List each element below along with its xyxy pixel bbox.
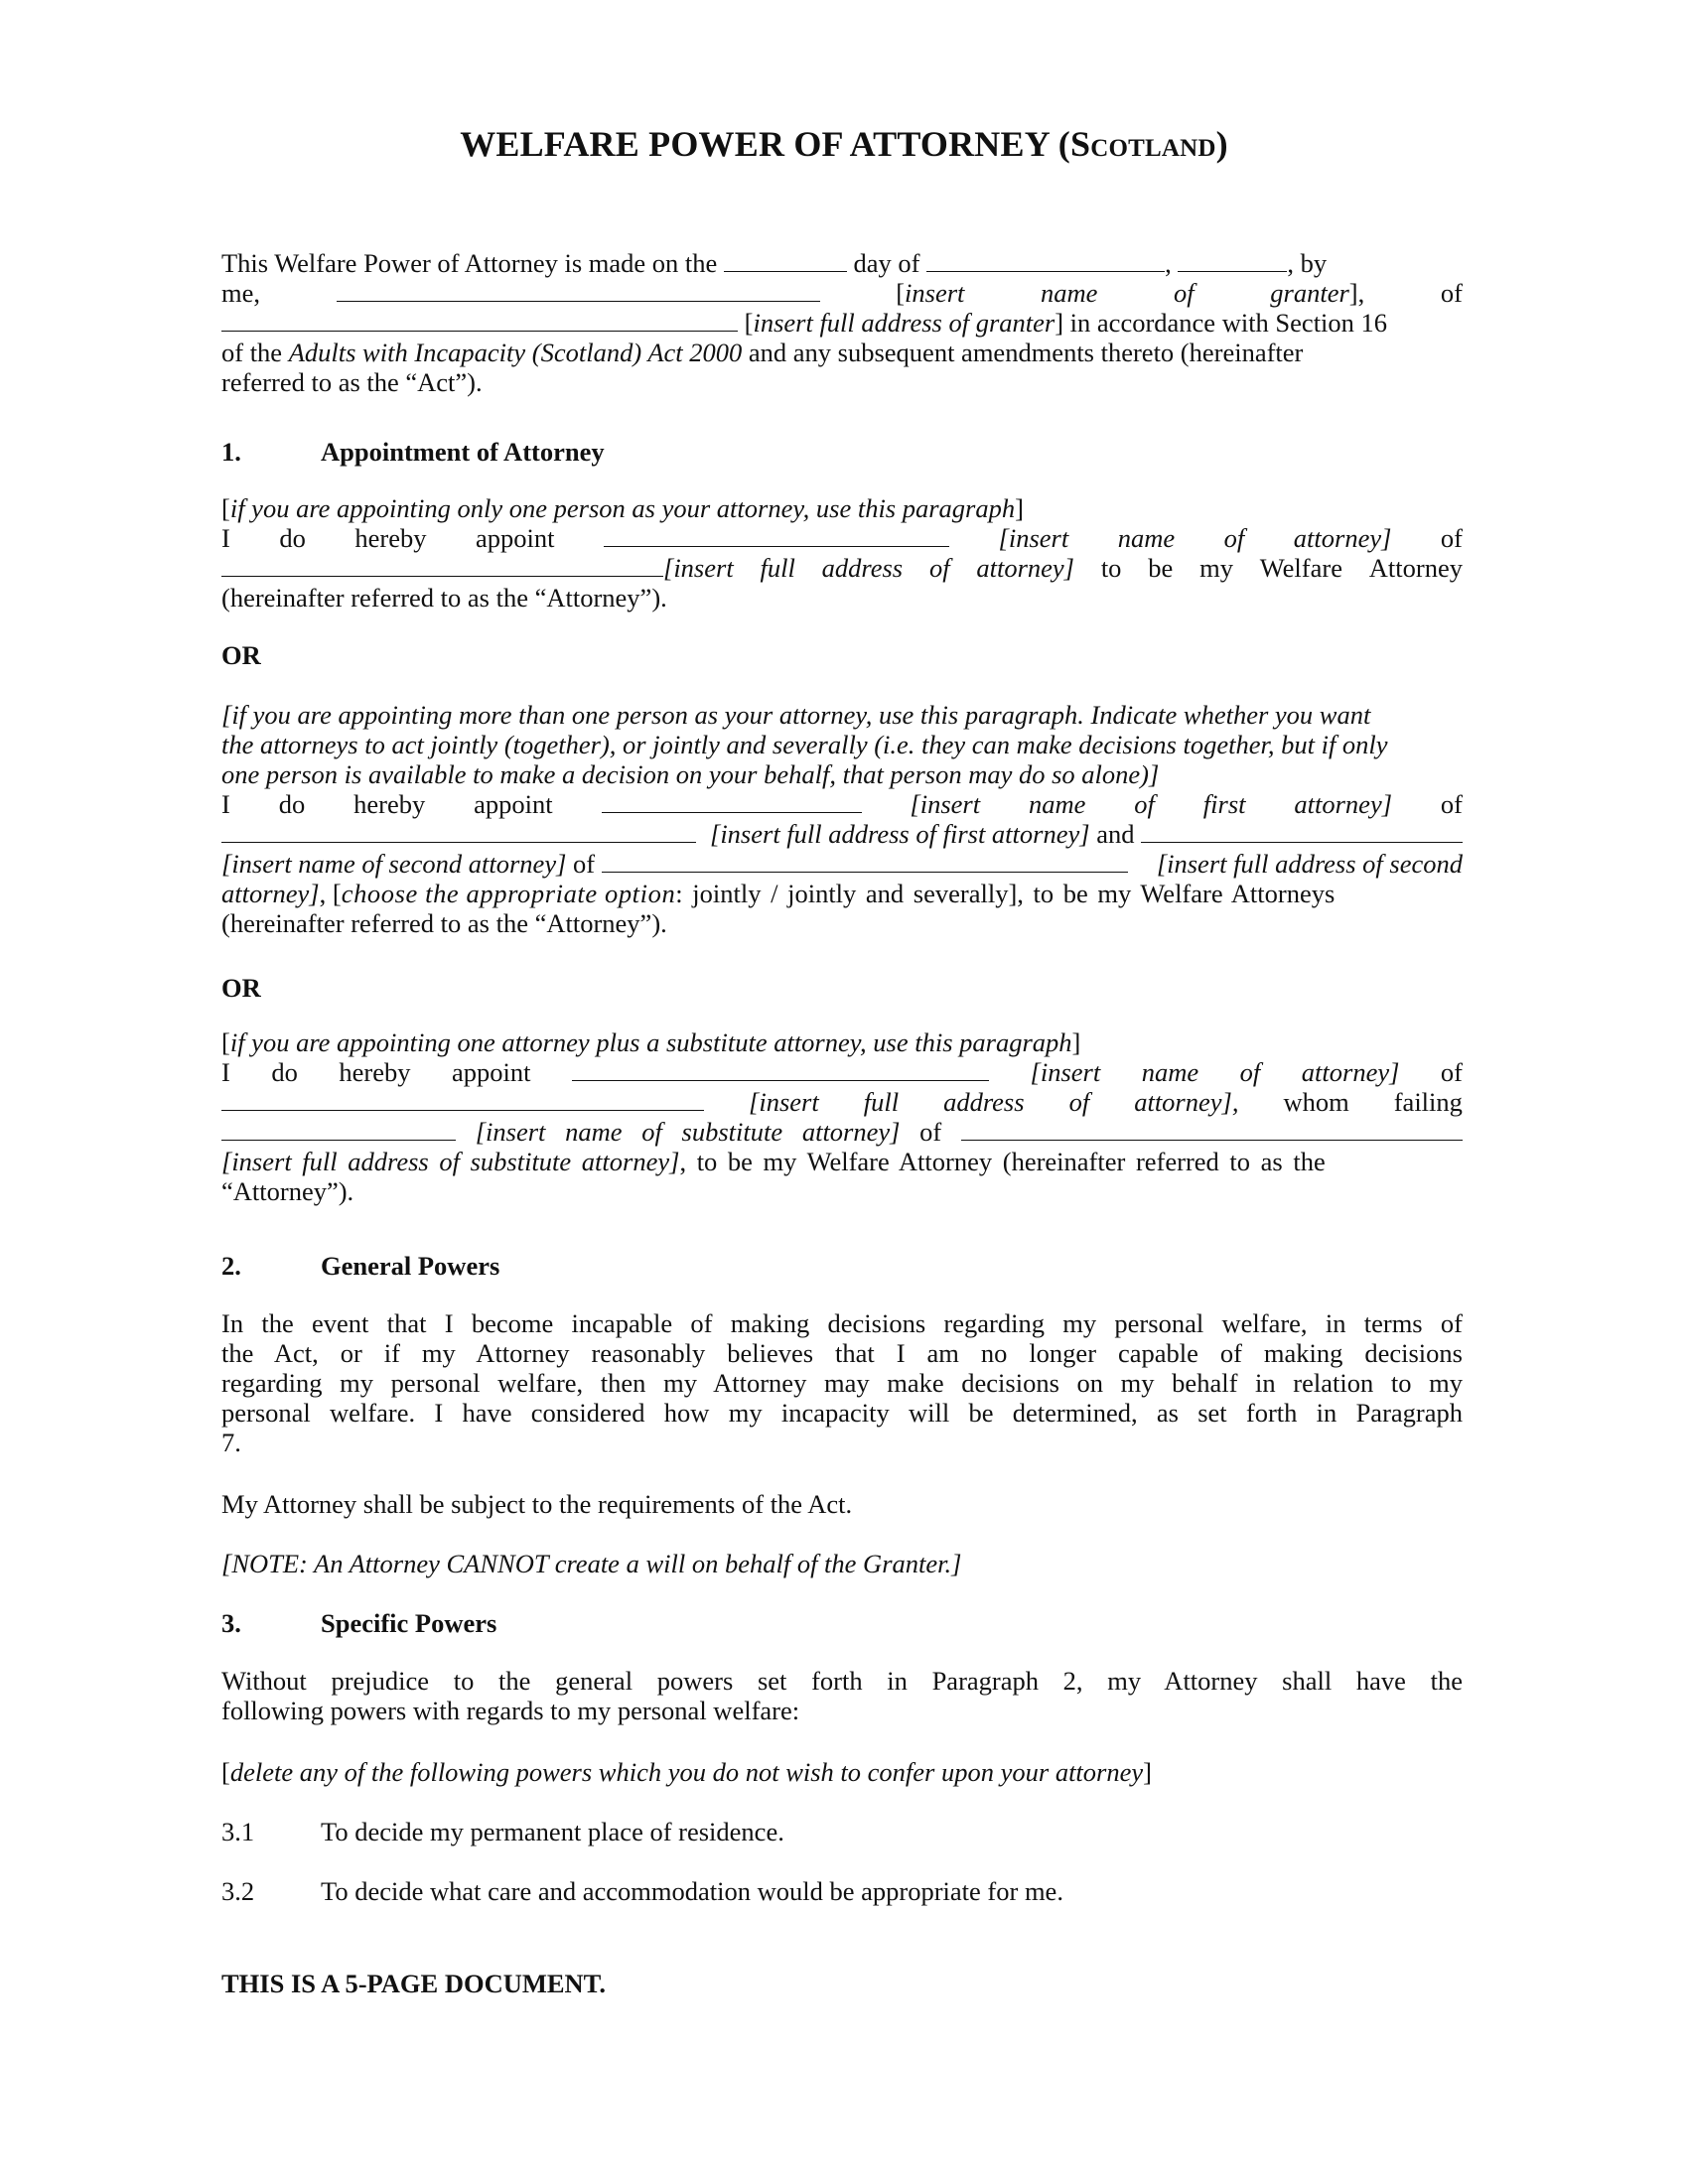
instruction-text: [insert bbox=[663, 553, 734, 583]
word: hereby bbox=[354, 523, 426, 553]
intro-text: of bbox=[1441, 278, 1463, 308]
note-text: [NOTE: An Attorney CANNOT create a will … bbox=[221, 1549, 1463, 1578]
attorney-address-blank[interactable] bbox=[221, 554, 663, 577]
section-title: General Powers bbox=[321, 1251, 499, 1281]
first-attorney-name-blank[interactable] bbox=[602, 790, 862, 813]
instruction-text: name bbox=[1041, 278, 1097, 308]
intro-text: ] in accordance with Section 16 bbox=[1055, 308, 1387, 338]
year-blank[interactable] bbox=[1178, 249, 1287, 272]
instruction-text: name bbox=[565, 1117, 622, 1147]
option-b-line-1: I do hereby appoint [insert name of firs… bbox=[221, 789, 1463, 819]
document-title: WELFARE POWER OF ATTORNEY (Scotland) bbox=[0, 123, 1688, 165]
word: of bbox=[566, 849, 601, 879]
word: be bbox=[1148, 553, 1173, 583]
general-powers-line-3: regarding my personal welfare, then my A… bbox=[221, 1368, 1463, 1398]
instruction-text: [insert full address of first attorney] bbox=[710, 819, 1090, 849]
option-b-line-2: [insert full address of first attorney] … bbox=[221, 819, 1463, 849]
intro-line-3: [insert full address of granter] in acco… bbox=[221, 308, 1463, 338]
instruction-text: attorney] bbox=[1294, 523, 1392, 553]
instruction-text: [insert name of second attorney] bbox=[221, 849, 566, 879]
option-b-line-5: (hereinafter referred to as the “Attorne… bbox=[221, 908, 1463, 938]
instruction-text: if you are appointing one attorney plus … bbox=[230, 1027, 1072, 1057]
instruction-text: first bbox=[1203, 789, 1246, 819]
instruction-text: attorney] bbox=[802, 1117, 901, 1147]
instruction-text: attorney] bbox=[1302, 1057, 1400, 1087]
word: I bbox=[221, 523, 230, 553]
option-c-line-2: [insert full address of attorney], whom … bbox=[221, 1087, 1463, 1117]
word: , to be my Welfare Attorney (hereinafter… bbox=[679, 1147, 1463, 1176]
item-number: 3.1 bbox=[221, 1817, 321, 1846]
section-title: Appointment of Attorney bbox=[321, 437, 605, 467]
word: : jointly / jointly and severally], to b… bbox=[675, 879, 1463, 908]
word: do bbox=[279, 789, 306, 819]
section-title: Specific Powers bbox=[321, 1608, 496, 1638]
page-count-notice: THIS IS A 5-PAGE DOCUMENT. bbox=[221, 1969, 606, 1999]
paragraph-text: (hereinafter referred to as the “Attorne… bbox=[221, 583, 667, 613]
word: hereby bbox=[353, 789, 425, 819]
day-blank[interactable] bbox=[724, 249, 847, 272]
option-a-line-3: (hereinafter referred to as the “Attorne… bbox=[221, 583, 1463, 613]
section-number: 1. bbox=[221, 437, 321, 467]
section-number: 3. bbox=[221, 1608, 321, 1638]
paragraph-text: (hereinafter referred to as the “Attorne… bbox=[221, 908, 667, 938]
attorney-address-blank[interactable] bbox=[221, 1088, 704, 1111]
second-attorney-name-blank[interactable] bbox=[1141, 820, 1463, 843]
option-c-line-5: “Attorney”). bbox=[221, 1176, 1463, 1206]
word: whom bbox=[1283, 1087, 1348, 1117]
word: I bbox=[221, 1057, 230, 1087]
substitute-attorney-name-blank[interactable] bbox=[221, 1118, 456, 1141]
option-c-instruction: [if you are appointing one attorney plus… bbox=[221, 1027, 1463, 1057]
bracket: ], bbox=[1349, 278, 1364, 308]
or-separator-2: OR bbox=[221, 973, 261, 1004]
instruction-text: of bbox=[1069, 1087, 1090, 1117]
instruction-text: of bbox=[1240, 1057, 1261, 1087]
word: Attorney bbox=[1369, 553, 1463, 583]
instruction-text: choose the appropriate option bbox=[342, 879, 676, 908]
instruction-text: [insert bbox=[749, 1087, 819, 1117]
instruction-text: [insert bbox=[910, 789, 980, 819]
item-text: To decide what care and accommodation wo… bbox=[321, 1876, 1063, 1906]
instruction-text: attorney] bbox=[976, 553, 1074, 583]
word: appoint bbox=[476, 523, 555, 553]
section-2-heading: 2.General Powers bbox=[221, 1251, 499, 1281]
instruction-text: full bbox=[761, 553, 795, 583]
general-powers-line-1: In the event that I become incapable of … bbox=[221, 1308, 1463, 1338]
intro-line-1: This Welfare Power of Attorney is made o… bbox=[221, 248, 1463, 278]
word: do bbox=[279, 523, 306, 553]
option-a-line-2: [insert full address of attorney] to be … bbox=[221, 553, 1463, 583]
title-main: WELFARE POWER OF ATTORNEY bbox=[460, 124, 1058, 164]
word: Welfare bbox=[1260, 553, 1342, 583]
intro-text: of the bbox=[221, 338, 289, 367]
instruction-text: name bbox=[1029, 789, 1085, 819]
word: of bbox=[1441, 789, 1463, 819]
option-c-line-4: [insert full address of substitute attor… bbox=[221, 1147, 1463, 1176]
instruction-text: of bbox=[641, 1117, 662, 1147]
granter-address-blank[interactable] bbox=[221, 309, 738, 332]
first-attorney-address-blank[interactable] bbox=[221, 820, 696, 843]
instruction-text: attorney] bbox=[1294, 789, 1392, 819]
word: hereby bbox=[339, 1057, 410, 1087]
instruction-text: [insert full address of second bbox=[1128, 849, 1463, 879]
option-b-line-3: [insert name of second attorney] of [ins… bbox=[221, 849, 1463, 879]
intro-line-2: me, [insert name of granter], of bbox=[221, 278, 1463, 308]
month-blank[interactable] bbox=[926, 249, 1165, 272]
instruction-text: insert bbox=[905, 278, 964, 308]
intro-text: and any subsequent amendments thereto (h… bbox=[742, 338, 1303, 367]
general-powers-line-4: personal welfare. I have considered how … bbox=[221, 1398, 1463, 1428]
or-separator-1: OR bbox=[221, 640, 261, 671]
specific-powers-line-1: Without prejudice to the general powers … bbox=[221, 1666, 1463, 1696]
intro-text: referred to as the “Act”). bbox=[221, 367, 483, 397]
instruction-text: of bbox=[1174, 278, 1195, 308]
item-number: 3.2 bbox=[221, 1876, 321, 1906]
granter-name-blank[interactable] bbox=[337, 279, 820, 302]
power-item: 3.2To decide what care and accommodation… bbox=[221, 1876, 1063, 1906]
section-3-heading: 3.Specific Powers bbox=[221, 1608, 496, 1638]
instruction-text: address bbox=[943, 1087, 1024, 1117]
option-c-line-3: [insert name of substitute attorney] of bbox=[221, 1117, 1463, 1147]
bracket: [ bbox=[896, 278, 905, 308]
word: , [ bbox=[320, 879, 342, 908]
instruction-text: [insert bbox=[1031, 1057, 1101, 1087]
instruction-text: [insert full address of substitute attor… bbox=[221, 1147, 679, 1176]
word: my bbox=[1199, 553, 1233, 583]
word: appoint bbox=[452, 1057, 531, 1087]
act-name: Adults with Incapacity (Scotland) Act 20… bbox=[289, 338, 743, 367]
option-b-instruction-2: the attorneys to act jointly (together),… bbox=[221, 730, 1463, 759]
attorney-name-blank[interactable] bbox=[572, 1058, 989, 1081]
word: appoint bbox=[474, 789, 553, 819]
option-a-instruction: [if you are appointing only one person a… bbox=[221, 493, 1463, 523]
section-1-heading: 1.Appointment of Attorney bbox=[221, 437, 605, 467]
instruction-text: granter bbox=[1270, 278, 1349, 308]
option-b-instruction-3: one person is available to make a decisi… bbox=[221, 759, 1463, 789]
intro-text: me, bbox=[221, 278, 260, 308]
general-powers-line-2: the Act, or if my Attorney reasonably be… bbox=[221, 1338, 1463, 1368]
general-powers-line-5: 7. bbox=[221, 1428, 1463, 1457]
option-c-line-1: I do hereby appoint [insert name of atto… bbox=[221, 1057, 1463, 1087]
instruction-text: delete any of the following powers which… bbox=[230, 1757, 1143, 1787]
item-text: To decide my permanent place of residenc… bbox=[321, 1817, 784, 1846]
word: do bbox=[271, 1057, 298, 1087]
instruction-text: full bbox=[864, 1087, 899, 1117]
specific-powers-instruction: [delete any of the following powers whic… bbox=[221, 1757, 1463, 1787]
instruction-text: of bbox=[929, 553, 950, 583]
power-item: 3.1To decide my permanent place of resid… bbox=[221, 1817, 784, 1846]
second-attorney-address-blank[interactable] bbox=[602, 850, 1128, 873]
substitute-attorney-address-blank[interactable] bbox=[961, 1118, 1463, 1141]
instruction-text: insert full address of granter bbox=[753, 308, 1055, 338]
instruction-text: name bbox=[1142, 1057, 1198, 1087]
instruction-text: if you are appointing only one person as… bbox=[230, 493, 1015, 523]
option-b-line-4: attorney], [choose the appropriate optio… bbox=[221, 879, 1463, 908]
word: of bbox=[919, 1117, 941, 1147]
word: failing bbox=[1394, 1087, 1463, 1117]
intro-text: , bbox=[1165, 248, 1172, 278]
word: to bbox=[1101, 553, 1122, 583]
intro-line-4: of the Adults with Incapacity (Scotland)… bbox=[221, 338, 1463, 367]
instruction-text: address bbox=[822, 553, 903, 583]
instruction-text: substitute bbox=[682, 1117, 783, 1147]
instruction-text: attorney] bbox=[221, 879, 320, 908]
instruction-text: of bbox=[1134, 789, 1155, 819]
intro-text: day of bbox=[854, 248, 920, 278]
document-page: WELFARE POWER OF ATTORNEY (Scotland) Thi… bbox=[0, 0, 1688, 2184]
word: of bbox=[1441, 1057, 1463, 1087]
instruction-text: [insert bbox=[999, 523, 1069, 553]
word: I bbox=[221, 789, 230, 819]
paragraph-text: “Attorney”). bbox=[221, 1176, 353, 1206]
title-region: (Scotland) bbox=[1058, 124, 1228, 164]
intro-text: , by bbox=[1287, 248, 1327, 278]
word: of bbox=[1441, 523, 1463, 553]
word: and bbox=[1090, 819, 1142, 849]
instruction-text: [insert bbox=[476, 1117, 546, 1147]
option-a-line-1: I do hereby appoint [insert name of atto… bbox=[221, 523, 1463, 553]
instruction-text: name bbox=[1118, 523, 1175, 553]
subject-to-act: My Attorney shall be subject to the requ… bbox=[221, 1489, 1463, 1519]
intro-text: This Welfare Power of Attorney is made o… bbox=[221, 248, 717, 278]
specific-powers-line-2: following powers with regards to my pers… bbox=[221, 1696, 1463, 1725]
section-number: 2. bbox=[221, 1251, 321, 1281]
instruction-text: of bbox=[1224, 523, 1245, 553]
option-b-instruction-1: [if you are appointing more than one per… bbox=[221, 700, 1463, 730]
attorney-name-blank[interactable] bbox=[604, 524, 949, 547]
intro-line-5: referred to as the “Act”). bbox=[221, 367, 1463, 397]
instruction-text: attorney], bbox=[1134, 1087, 1238, 1117]
